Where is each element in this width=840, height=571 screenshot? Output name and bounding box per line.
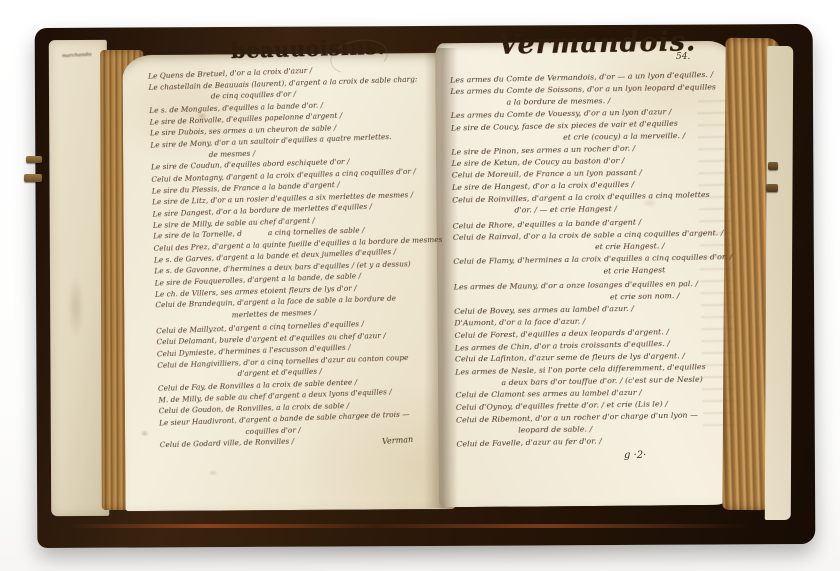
paper-stain [68,275,84,339]
left-clasp-upper [26,156,42,163]
paper-stain [208,470,218,476]
right-endpaper [765,46,793,520]
manuscript-photo: marchandis beauuoisins. Vermandois. 54. … [0,0,840,571]
right-clasp-lower [766,184,778,192]
quire-signature: g ·2· [624,450,646,461]
manuscript-line: et crie Hangest [603,263,735,278]
cover-bottom-edge-highlight [70,524,750,528]
right-clasp-upper [768,162,778,170]
right-page-heading: Vermandois. [498,26,697,60]
left-page-text-block: Le Quens de Bretuel, d'or a la croix d'a… [148,61,460,452]
folio-number: 54. [676,52,690,62]
left-clasp-lower [24,174,42,182]
paper-stain [140,430,149,437]
right-page-text-block: Les armes du Comte de Vermandois, d'or —… [450,69,739,450]
